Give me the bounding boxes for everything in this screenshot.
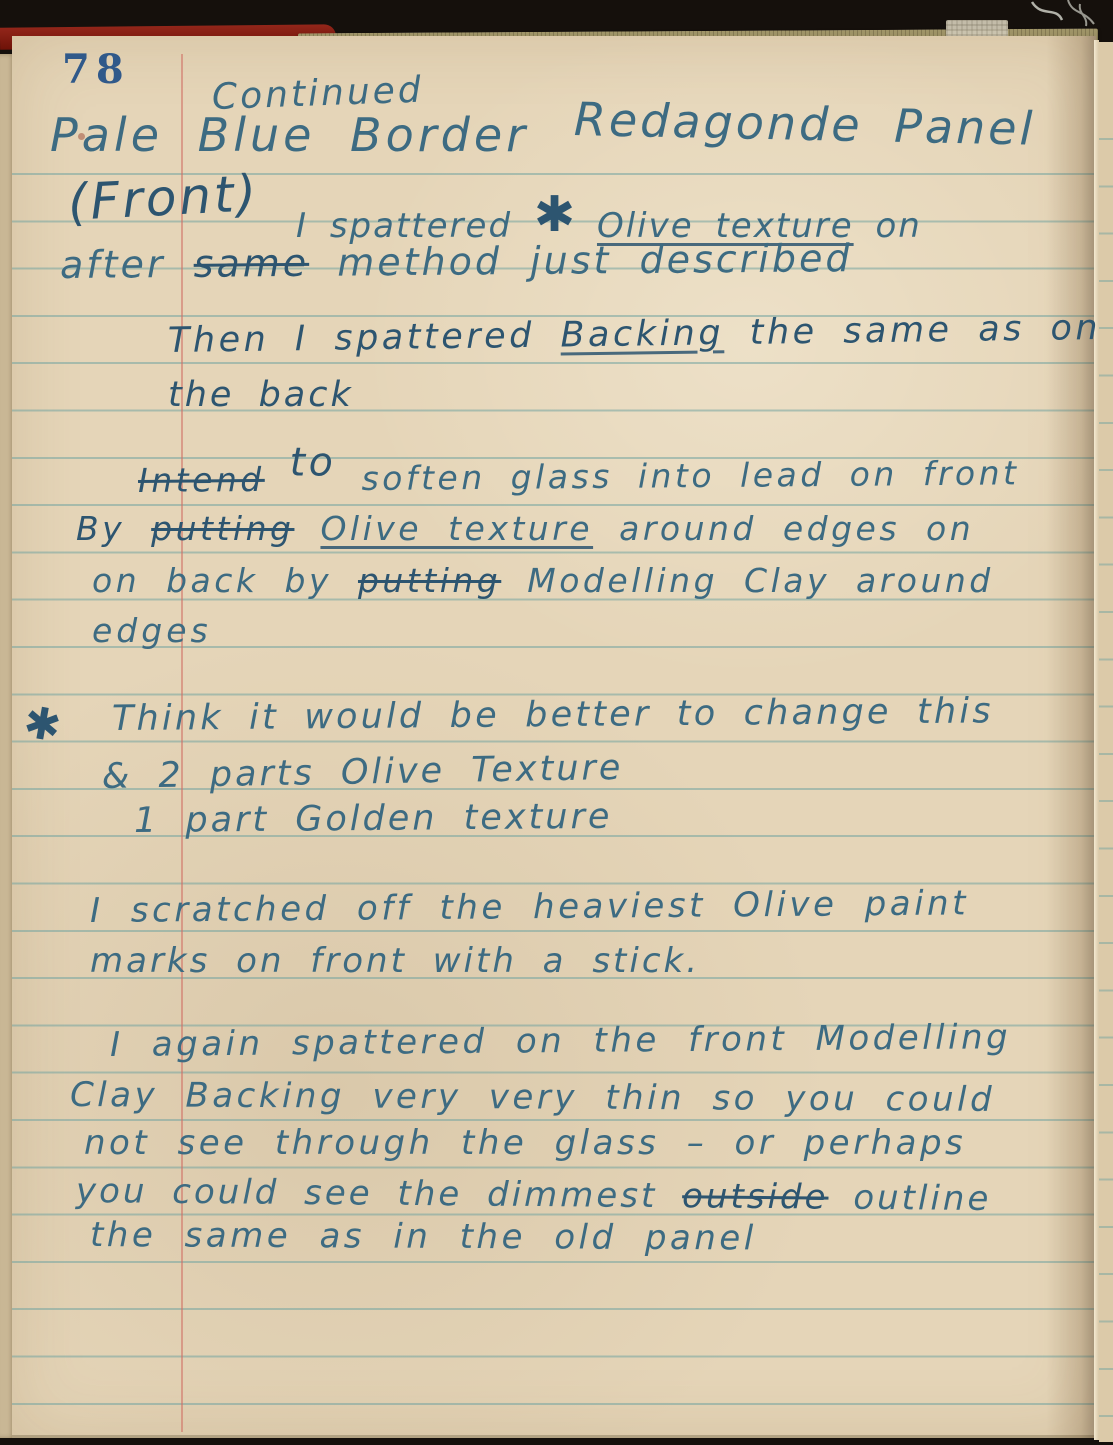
text-run: soften glass into lead on front (361, 453, 1019, 498)
line-again-1: I again spattered on the front Modelling (110, 1020, 1011, 1062)
gutter-shadow (1046, 36, 1096, 1438)
heading-left: Pale Blue Border (50, 112, 529, 158)
text-run-underlined: Olive texture (320, 509, 593, 548)
line-scratch-1: I scratched off the heaviest Olive paint (90, 886, 969, 928)
text-run-struck: putting (358, 561, 501, 600)
text-run: on (875, 206, 921, 246)
text-run-underlined: Backing (560, 313, 724, 355)
line-scratch-2: marks on front with a stick. (90, 944, 700, 978)
line-edges-1: By putting Olive texture around edges on (76, 512, 974, 545)
line-again-2: Clay Backing very very thin so you could (70, 1078, 995, 1117)
line-edges-2: on back by putting Modelling Clay around (92, 564, 994, 597)
text-run: after (60, 242, 166, 287)
line-again-5: the same as in the old panel (90, 1218, 757, 1255)
text-run: the same as on (749, 308, 1101, 353)
text-run: Then I spattered (168, 316, 535, 361)
line-note-3: 1 part Golden texture (134, 800, 613, 839)
text-run: By (76, 509, 125, 548)
line-the-back: the back (168, 378, 354, 413)
asterisk-mark: ✱ (534, 185, 575, 243)
heading-right: Redagonde Panel (574, 96, 1036, 152)
text-run: outline (853, 1178, 991, 1219)
next-page-sliver (1099, 42, 1113, 1442)
front-label: (Front) (67, 168, 261, 228)
line-after: after same method just described (60, 239, 853, 284)
line-note-2: & 2 parts Olive Texture (102, 751, 624, 795)
text-run: around edges on (619, 509, 974, 548)
page-number: 78 (62, 50, 130, 90)
scanned-notebook-photo: 78 Continued Pale Blue Border Redagonde … (0, 0, 1113, 1445)
text-run: you could see the dimmest (76, 1171, 658, 1216)
text-run-struck: Intend (138, 460, 265, 500)
line-edges-3: edges (92, 614, 212, 647)
line-soften: Intend to soften glass into lead on fron… (138, 452, 1020, 499)
text-run: method just described (337, 236, 853, 284)
text-run-struck: outside (682, 1176, 829, 1217)
text-run: on back by (92, 561, 332, 600)
inserted-word: to (289, 439, 336, 485)
text-run-struck: same (193, 241, 309, 286)
line-note-1: Think it would be better to change this (112, 694, 994, 737)
text-run-struck: putting (151, 509, 294, 548)
text-run: Modelling Clay around (527, 561, 993, 600)
line-again-4: you could see the dimmest outside outlin… (76, 1174, 992, 1216)
line-again-3: not see through the glass – or perhaps (84, 1126, 966, 1160)
